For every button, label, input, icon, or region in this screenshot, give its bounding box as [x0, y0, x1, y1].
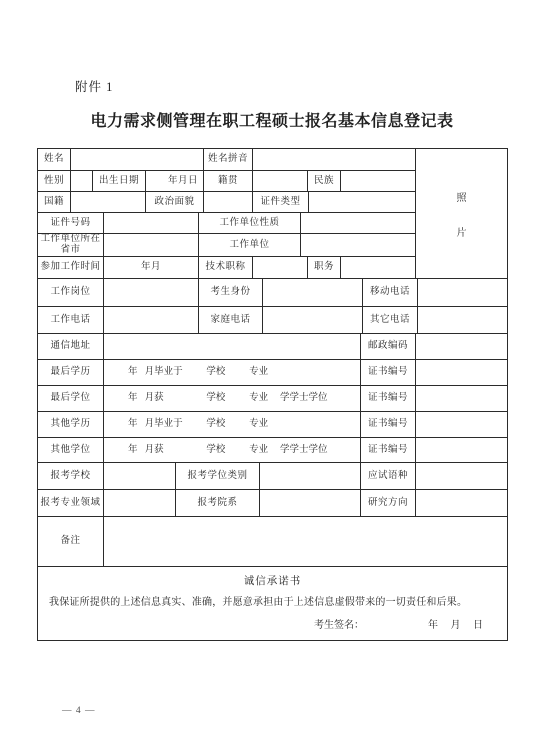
birth-date-label: 出生日期: [93, 171, 146, 191]
signature-row: 考生签名： 年 月 日: [38, 616, 507, 631]
table-row: 国籍 政治面貌 证件类型: [38, 192, 415, 213]
other-education-cert-value-cell: [416, 412, 507, 437]
table-row: 最后学位 年 月获 学校 专业 学学士学位 证书编号: [38, 386, 507, 412]
name-pinyin-value-cell: [253, 149, 415, 170]
gender-label: 性别: [38, 171, 71, 191]
duty-value-cell: [341, 257, 415, 278]
table-row: 工作岗位 考生身份 移动电话: [38, 279, 507, 307]
research-direction-value-cell: [416, 490, 507, 516]
apply-school-value-cell: [104, 463, 176, 489]
photo-char-bottom: 片: [457, 224, 467, 239]
table-row: 参加工作时间 年月 技术职称 职务: [38, 257, 415, 278]
table-row: 报考学校 报考学位类别 应试语种: [38, 463, 507, 490]
apply-department-value-cell: [260, 490, 361, 516]
other-education-label: 其他学历: [38, 412, 104, 437]
work-phone-value-cell: [104, 307, 199, 333]
top-section: 姓名 姓名拼音 性别 出生日期 年月日 籍贯 民族 国籍: [38, 149, 507, 279]
pledge-body: 我保证所提供的上述信息真实、准确，并愿意承担由于上述信息虚假带来的一切责任和后果…: [38, 593, 507, 608]
last-degree-cert-value-cell: [416, 386, 507, 411]
nationality-value-cell: [71, 192, 146, 212]
signature-label: 考生签名：: [314, 616, 364, 631]
ethnicity-label: 民族: [308, 171, 341, 191]
certificate-no-label: 证书编号: [361, 438, 416, 462]
employer-value-cell: [301, 234, 415, 256]
duty-label: 职务: [308, 257, 341, 278]
table-row: 其他学位 年 月获 学校 专业 学学士学位 证书编号: [38, 438, 507, 463]
page-title: 电力需求侧管理在职工程硕士报名基本信息登记表: [37, 108, 507, 131]
table-row: 备注: [38, 517, 507, 567]
tech-title-value-cell: [253, 257, 308, 278]
last-education-template: 年 月毕业于 学校 专业: [104, 360, 361, 385]
certificate-no-label: 证书编号: [361, 386, 416, 411]
table-row: 报考专业领域 报考院系 研究方向: [38, 490, 507, 517]
mobile-phone-label: 移动电话: [363, 279, 418, 306]
id-type-label: 证件类型: [253, 192, 309, 212]
table-row: 其他学历 年 月毕业于 学校 专业 证书编号: [38, 412, 507, 438]
name-label: 姓名: [38, 149, 71, 170]
id-number-label: 证件号码: [38, 213, 104, 233]
table-row: 姓名 姓名拼音: [38, 149, 415, 171]
exam-language-value-cell: [416, 463, 507, 489]
employer-region-value-cell: [104, 234, 199, 256]
table-row: 性别 出生日期 年月日 籍贯 民族: [38, 171, 415, 192]
native-place-value-cell: [253, 171, 308, 191]
last-education-cert-value-cell: [416, 360, 507, 385]
work-start-label: 参加工作时间: [38, 257, 104, 278]
other-education-template: 年 月毕业于 学校 专业: [104, 412, 361, 437]
last-degree-label: 最后学位: [38, 386, 104, 411]
apply-field-label: 报考专业领域: [38, 490, 104, 516]
gender-value-cell: [71, 171, 93, 191]
signature-date-label: 年 月 日: [428, 616, 483, 631]
postal-code-value-cell: [416, 334, 507, 359]
other-degree-label: 其他学位: [38, 438, 104, 462]
remarks-value-cell: [104, 517, 507, 566]
table-row: 最后学历 年 月毕业于 学校 专业 证书编号: [38, 360, 507, 386]
job-post-label: 工作岗位: [38, 279, 104, 306]
last-education-label: 最后学历: [38, 360, 104, 385]
candidate-status-value-cell: [263, 279, 363, 306]
other-degree-cert-value-cell: [416, 438, 507, 462]
employer-type-label: 工作单位性质: [199, 213, 301, 233]
other-degree-template: 年 月获 学校 专业 学学士学位: [104, 438, 361, 462]
nationality-label: 国籍: [38, 192, 71, 212]
employer-region-label: 工作单位所在省市: [38, 234, 104, 256]
mailing-address-label: 通信地址: [38, 334, 104, 359]
photo-cell: 照 片: [415, 149, 507, 278]
apply-department-label: 报考院系: [176, 490, 260, 516]
home-phone-label: 家庭电话: [199, 307, 263, 333]
apply-degree-type-label: 报考学位类别: [176, 463, 260, 489]
mailing-address-value-cell: [104, 334, 361, 359]
name-value-cell: [71, 149, 204, 170]
apply-degree-type-value-cell: [260, 463, 361, 489]
ethnicity-value-cell: [341, 171, 415, 191]
table-row: 通信地址 邮政编码: [38, 334, 507, 360]
apply-field-value-cell: [104, 490, 176, 516]
apply-school-label: 报考学校: [38, 463, 104, 489]
political-status-value-cell: [204, 192, 253, 212]
birth-date-value-cell: 年月日: [146, 171, 204, 191]
photo-char-top: 照: [457, 189, 467, 204]
tech-title-label: 技术职称: [199, 257, 253, 278]
name-pinyin-label: 姓名拼音: [204, 149, 253, 170]
attachment-label: 附件 1: [75, 77, 113, 95]
page-number: — 4 —: [62, 706, 96, 716]
research-direction-label: 研究方向: [361, 490, 416, 516]
candidate-status-label: 考生身份: [199, 279, 263, 306]
top-left-grid: 姓名 姓名拼音 性别 出生日期 年月日 籍贯 民族 国籍: [38, 149, 415, 278]
id-number-value-cell: [104, 213, 199, 233]
other-phone-label: 其它电话: [363, 307, 418, 333]
pledge-title: 诚信承诺书: [38, 573, 507, 588]
home-phone-value-cell: [263, 307, 363, 333]
last-degree-template: 年 月获 学校 专业 学学士学位: [104, 386, 361, 411]
work-start-value-cell: 年月: [104, 257, 199, 278]
id-type-value-cell: [309, 192, 415, 212]
remarks-label: 备注: [38, 517, 104, 566]
certificate-no-label: 证书编号: [361, 412, 416, 437]
table-row: 工作电话 家庭电话 其它电话: [38, 307, 507, 334]
work-phone-label: 工作电话: [38, 307, 104, 333]
registration-table: 姓名 姓名拼音 性别 出生日期 年月日 籍贯 民族 国籍: [37, 148, 508, 641]
mobile-phone-value-cell: [418, 279, 507, 306]
other-phone-value-cell: [418, 307, 507, 333]
table-row: 工作单位所在省市 工作单位: [38, 234, 415, 257]
employer-type-value-cell: [301, 213, 415, 233]
postal-code-label: 邮政编码: [361, 334, 416, 359]
certificate-no-label: 证书编号: [361, 360, 416, 385]
native-place-label: 籍贯: [204, 171, 253, 191]
employer-label: 工作单位: [199, 234, 301, 256]
job-post-value-cell: [104, 279, 199, 306]
table-row: 证件号码 工作单位性质: [38, 213, 415, 234]
pledge-section: 诚信承诺书 我保证所提供的上述信息真实、准确，并愿意承担由于上述信息虚假带来的一…: [38, 567, 507, 640]
political-status-label: 政治面貌: [146, 192, 204, 212]
document-page: 附件 1 电力需求侧管理在职工程硕士报名基本信息登记表 姓名 姓名拼音 性别 出…: [0, 0, 541, 750]
exam-language-label: 应试语种: [361, 463, 416, 489]
